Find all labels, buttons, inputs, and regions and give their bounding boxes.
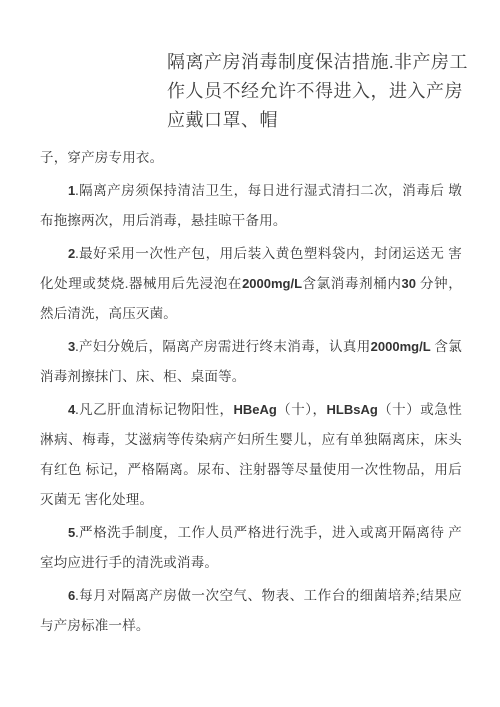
paragraph-item-4: 4.凡乙肝血清标记物阳性，HBeAg（十），HLBsAg（十）或急性淋病、梅毒，…	[40, 395, 462, 515]
title-line: 应戴口罩、帽	[167, 106, 462, 135]
hbsag-term: HLBsAg	[327, 402, 378, 417]
text-run: （十），	[277, 402, 327, 417]
dosage-value: 2000mg/L	[242, 276, 302, 291]
text-run: .凡乙肝血清标记物阳性，	[75, 402, 233, 417]
text-run: （十）或急性淋病、梅毒，艾滋病等传染病产妇所生婴儿，应有单独隔离床，床头有红色 …	[40, 402, 462, 507]
text-run: .每月对隔离产房做一次空气、物表、工作台的细菌培养;结果应与产房标准一样。	[40, 588, 462, 633]
paragraph-item-3: 3.产妇分娩后，隔离产房需进行终末消毒，认真用2000mg/L 含氯消毒剂擦抹门…	[40, 332, 462, 392]
hbeag-term: HBeAg	[233, 402, 276, 417]
paragraph-item-6: 6.每月对隔离产房做一次空气、物表、工作台的细菌培养;结果应与产房标准一样。	[40, 581, 462, 641]
paragraph-item-1: 1.隔离产房须保持清洁卫生，每日进行湿式清扫二次，消毒后 墩布拖擦两次，用后消毒…	[40, 176, 462, 236]
text-run: .严格洗手制度，工作人员严格进行洗手，进入或离开隔离待 产室均应进行手的清洗或消…	[40, 525, 462, 570]
paragraph-item-2: 2.最好采用一次性产包，用后装入黄色塑料袋内，封闭运送无 害化处理或焚烧.器械用…	[40, 239, 462, 329]
text-run: 含氯消毒剂桶内	[302, 276, 401, 291]
document-title: 隔离产房消毒制度保洁措施.非产房工 作人员不经允许不得进入，进入产房 应戴口罩、…	[167, 48, 462, 135]
text-run: .产妇分娩后，隔离产房需进行终末消毒，认真用	[75, 339, 370, 354]
text-run: 子，穿产房专用衣。	[40, 150, 163, 165]
document-page: 隔离产房消毒制度保洁措施.非产房工 作人员不经允许不得进入，进入产房 应戴口罩、…	[0, 0, 500, 707]
title-line: 隔离产房消毒制度保洁措施.非产房工	[167, 48, 462, 77]
paragraph-title-overflow: 子，穿产房专用衣。	[40, 143, 462, 173]
dosage-value: 2000mg/L	[371, 339, 431, 354]
minutes-value: 30	[402, 276, 416, 291]
text-run: .隔离产房须保持清洁卫生，每日进行湿式清扫二次，消毒后 墩布拖擦两次，用后消毒，…	[40, 183, 462, 228]
paragraph-item-5: 5.严格洗手制度，工作人员严格进行洗手，进入或离开隔离待 产室均应进行手的清洗或…	[40, 518, 462, 578]
title-line: 作人员不经允许不得进入，进入产房	[167, 77, 462, 106]
